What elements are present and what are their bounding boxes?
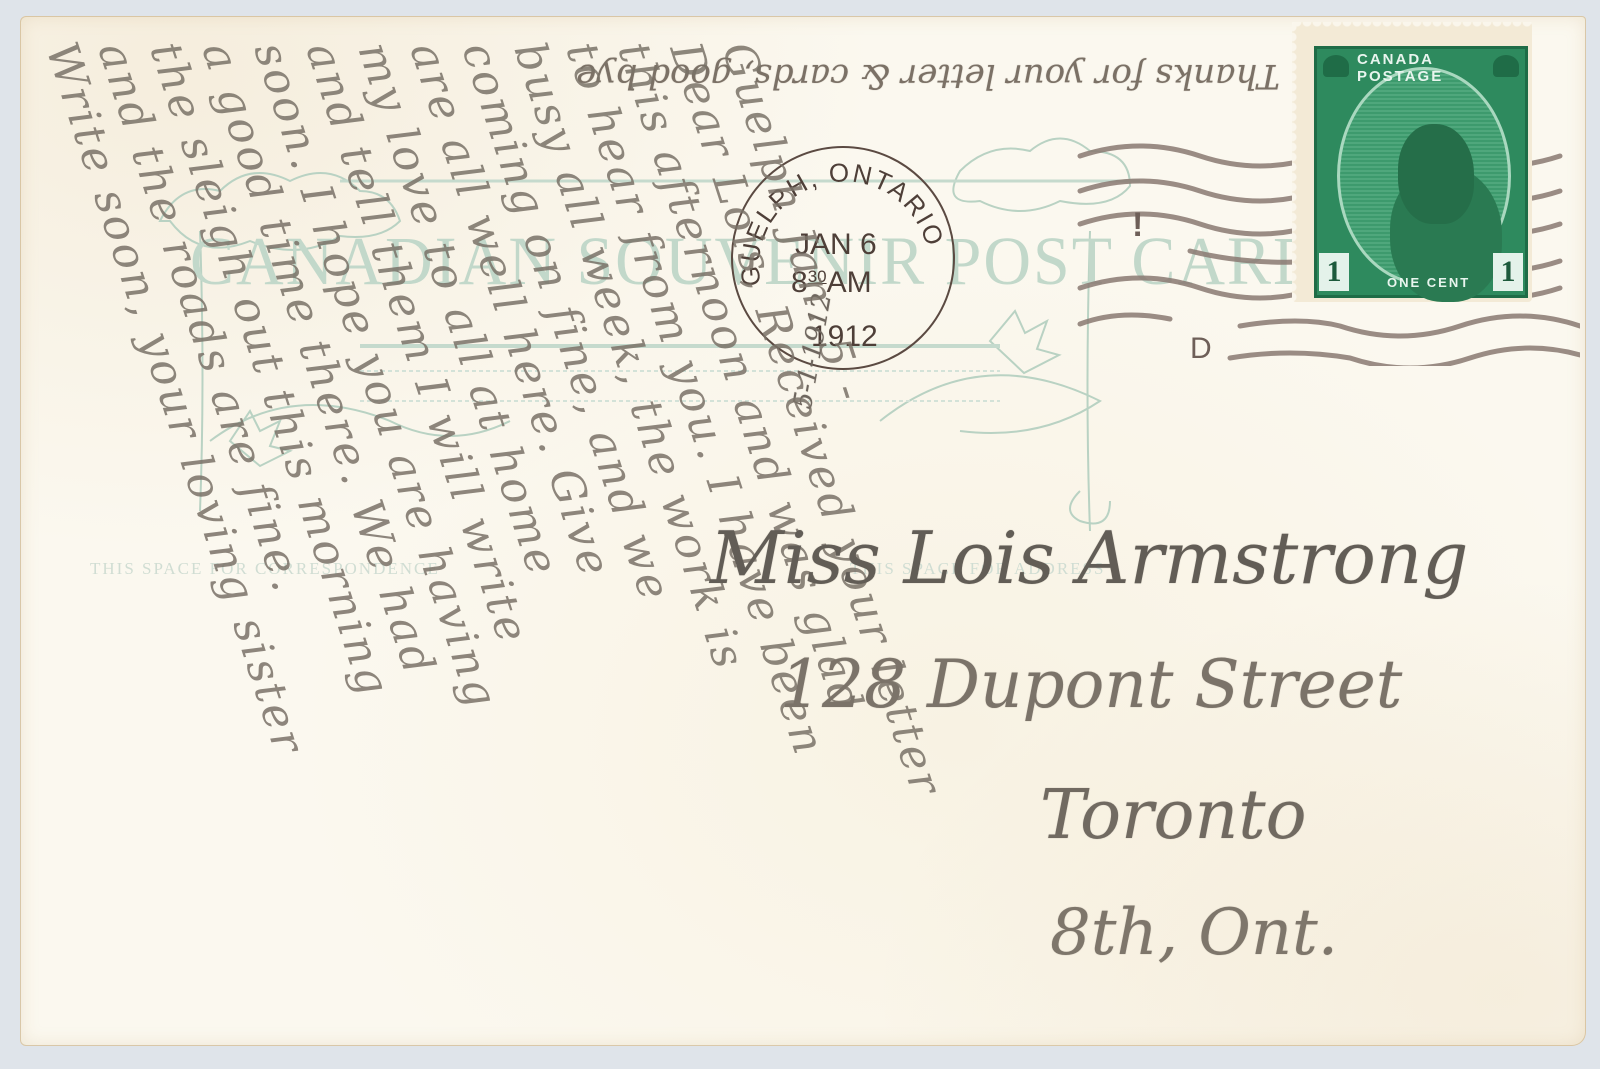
address-name: Miss Lois Armstrong [710, 516, 1468, 600]
stamp-denomination-right: 1 [1493, 253, 1523, 291]
stamp-oval [1337, 67, 1511, 285]
stamp-face: CANADA POSTAGE ONE CENT 1 1 [1314, 46, 1528, 298]
address-city: Toronto [1040, 776, 1307, 855]
crown-icon [1323, 55, 1349, 77]
stamp-denomination-left: 1 [1319, 253, 1349, 291]
postage-stamp: CANADA POSTAGE ONE CENT 1 1 [1292, 22, 1532, 302]
cancel-exclaim: ! [1132, 206, 1143, 244]
address-street: 128 Dupont Street [780, 646, 1402, 723]
king-portrait-icon [1398, 124, 1474, 224]
address-province: 8th, Ont. [1050, 896, 1338, 970]
cancel-letter: D [1190, 332, 1212, 365]
stamp-value-text: ONE CENT [1387, 275, 1470, 290]
postcard-back: CANADIAN SOUVENIR POST CARD THIS SPACE F… [20, 16, 1586, 1046]
crown-icon [1493, 55, 1519, 77]
